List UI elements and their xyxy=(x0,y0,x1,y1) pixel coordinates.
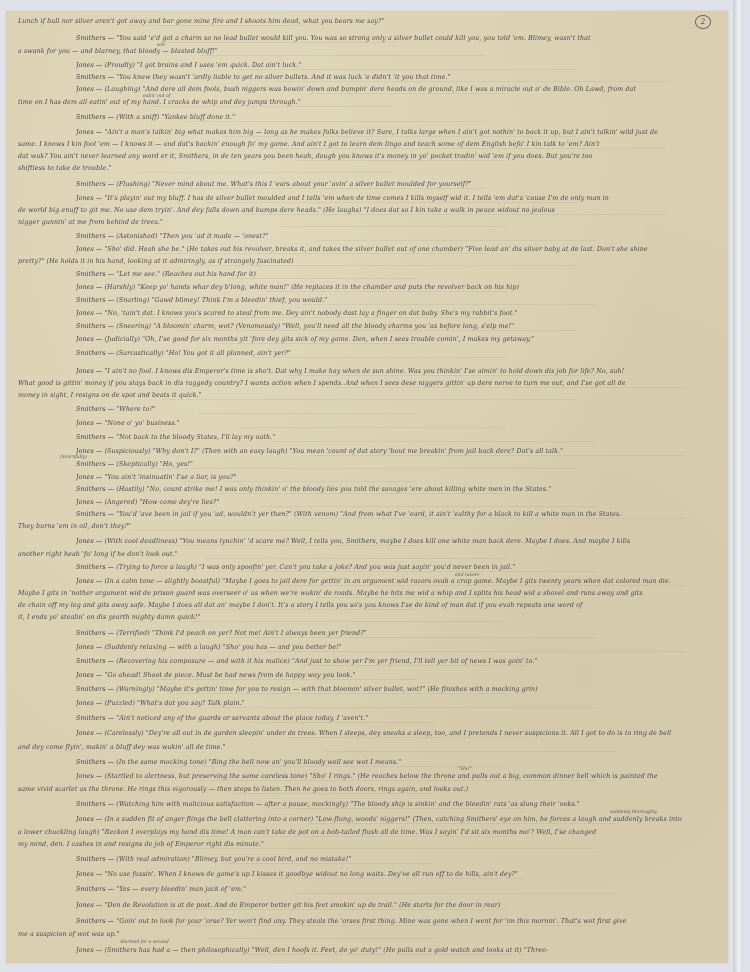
speaker-name: Jones — xyxy=(76,902,104,909)
show-through-mark xyxy=(222,136,576,137)
speaker-name: Jones — xyxy=(76,730,104,737)
speaker-name: Jones — xyxy=(76,62,104,69)
show-through-mark xyxy=(198,780,596,781)
line-text: (In a sudden fit of anger flings the bel… xyxy=(104,816,681,823)
speaker-name: Smithers — xyxy=(76,564,116,571)
speaker-name: Jones — xyxy=(76,538,104,545)
line-text: "Go ahead! Shoot de piece. Must be bad n… xyxy=(104,672,355,679)
line-text: "Where to?" xyxy=(116,406,156,413)
line-text: What good is gittin' money if you stays … xyxy=(18,380,626,387)
show-through-mark xyxy=(302,665,526,666)
show-through-mark xyxy=(317,597,526,598)
line-text: Maybe I gits in 'nother argument wid de … xyxy=(18,590,643,597)
show-through-mark xyxy=(126,25,306,26)
interlinear-insertion: sob xyxy=(157,43,165,48)
line-text: "No, 'tain't dat. I knows you's scared t… xyxy=(104,310,517,317)
line-text: (Terrified) "Think I'd peach on yer? Not… xyxy=(116,630,367,637)
speaker-name: Jones — xyxy=(76,816,104,823)
show-through-mark xyxy=(244,214,666,215)
show-through-mark xyxy=(250,722,436,723)
speaker-name: Smithers — xyxy=(76,686,116,693)
show-through-mark xyxy=(221,493,506,494)
show-through-mark xyxy=(237,69,576,70)
speaker-name: Jones — xyxy=(76,420,104,427)
line-text: (Suddenly relaxing — with a laugh) "Sho'… xyxy=(104,644,341,651)
show-through-mark xyxy=(236,427,506,428)
show-through-mark xyxy=(185,121,486,122)
show-through-mark xyxy=(132,530,326,531)
line-text: a lower chuckling laugh) "Reckon I overp… xyxy=(18,829,596,836)
speaker-name: Jones — xyxy=(76,578,104,585)
show-through-mark xyxy=(295,518,686,519)
speaker-name: Jones — xyxy=(76,284,104,291)
show-through-mark xyxy=(140,317,486,318)
show-through-mark xyxy=(205,938,436,939)
line-text: (Hastily) "No, count strike me! I was on… xyxy=(116,486,551,493)
show-through-mark xyxy=(325,387,686,388)
interlinear-insertion: (Scornfully) xyxy=(60,455,87,460)
show-through-mark xyxy=(243,571,596,572)
show-through-mark xyxy=(170,188,486,189)
line-text: "None o' yo' business." xyxy=(104,420,179,427)
speaker-name: Smithers — xyxy=(76,406,116,413)
line-text: "Sho' did. Heah she be." (He takes out h… xyxy=(104,246,647,253)
speaker-name: Jones — xyxy=(76,672,104,679)
line-text: a swank for you — and blarney, that bloo… xyxy=(18,48,218,55)
speaker-name: Smithers — xyxy=(76,297,116,304)
line-text: me a suspicion of wot was up." xyxy=(18,931,120,938)
speaker-name: Smithers — xyxy=(76,658,116,665)
show-through-mark xyxy=(272,808,526,809)
line-text: time on I has dem all eatin' out of my h… xyxy=(18,99,301,106)
line-text: (Angered) "How come dey're lies?" xyxy=(104,499,219,506)
speaker-name: Jones — xyxy=(76,129,104,136)
line-text: it, I ends yo' stealin' on dis yearth mi… xyxy=(18,614,201,621)
interlinear-insertion: suddenly thoroughly xyxy=(610,810,657,815)
show-through-mark xyxy=(155,253,486,254)
line-text: (Recovering his composure — and with it … xyxy=(116,658,537,665)
speaker-name: Smithers — xyxy=(76,461,116,468)
speaker-name: Smithers — xyxy=(76,486,116,493)
show-through-mark xyxy=(242,954,526,955)
line-text: shiftless to take de trouble." xyxy=(18,165,111,172)
speaker-name: Jones — xyxy=(76,368,104,375)
speaker-name: Jones — xyxy=(76,644,104,651)
speaker-name: Jones — xyxy=(76,86,104,93)
speaker-name: Smithers — xyxy=(76,886,116,893)
speaker-name: Smithers — xyxy=(76,801,116,808)
show-through-mark xyxy=(176,693,506,694)
line-text: (Proudly) "I got brains and I uses 'em q… xyxy=(104,62,301,69)
speaker-name: Jones — xyxy=(76,499,104,506)
show-through-mark xyxy=(265,651,686,652)
show-through-mark xyxy=(274,81,666,82)
line-text: (With real admiration) "Blimey, but you'… xyxy=(116,856,351,863)
show-through-mark xyxy=(311,93,506,94)
speaker-name: Smithers — xyxy=(76,271,116,278)
show-through-mark xyxy=(207,202,576,203)
show-through-mark xyxy=(163,42,396,43)
show-through-mark xyxy=(324,751,616,752)
speaker-name: Jones — xyxy=(76,700,104,707)
show-through-mark xyxy=(266,291,506,292)
line-text: de chain off my leg and gits away safe. … xyxy=(18,602,582,609)
speaker-name: Smithers — xyxy=(76,114,116,121)
show-through-mark xyxy=(258,506,596,507)
speaker-name: Smithers — xyxy=(76,323,116,330)
show-through-mark xyxy=(162,399,576,400)
interlinear-insertion: eatin' out of xyxy=(143,94,170,99)
line-text: and dey come flyin', makin' a bluff dey … xyxy=(18,744,226,751)
speaker-name: Jones — xyxy=(76,195,104,202)
show-through-mark xyxy=(303,304,596,305)
show-through-mark xyxy=(229,278,416,279)
speaker-name: Jones — xyxy=(76,474,104,481)
line-text: (Sneering) "A bloomin' charm, wot? (Veno… xyxy=(116,323,514,330)
show-through-mark xyxy=(169,545,416,546)
speaker-name: Jones — xyxy=(76,871,104,878)
show-through-mark xyxy=(206,558,506,559)
show-through-mark xyxy=(146,836,506,837)
scanner-edge-strip xyxy=(733,0,743,972)
line-text: (Snarling) "Gawd blimey! Think I'm a ble… xyxy=(116,297,327,304)
interlinear-insertion: and razors xyxy=(455,573,479,578)
show-through-mark xyxy=(257,878,526,879)
speaker-name: Smithers — xyxy=(76,181,116,188)
line-text: "No use fussin'. When I knows de game's … xyxy=(104,871,518,878)
show-through-mark xyxy=(213,707,596,708)
line-text: "Yes — every bleedin' man jack of 'em." xyxy=(116,886,246,893)
line-text: (Puzzled) "What's dat you say? Talk plai… xyxy=(104,700,244,707)
show-through-mark xyxy=(133,172,396,173)
line-text: (Smithers has had a — then philosophical… xyxy=(104,947,548,954)
speaker-name: Jones — xyxy=(76,310,104,317)
show-through-mark xyxy=(147,468,576,469)
show-through-mark xyxy=(309,823,616,824)
show-through-mark xyxy=(131,909,506,910)
line-text: "Not back to the bloody States, I'll lay… xyxy=(116,434,275,441)
show-through-mark xyxy=(184,481,416,482)
text-line: They burns 'em in oil, don't they?" xyxy=(18,523,724,531)
line-text: "It's playin' out my bluff. I has de sil… xyxy=(104,195,608,202)
line-text: Lunch if bull nor silver aren't got away… xyxy=(18,18,384,25)
line-text: (Laughing) "And dere all dem fools, bush… xyxy=(104,86,636,93)
line-text: (Harshly) "Keep yo' hands whar dey b'lon… xyxy=(104,284,519,291)
speaker-name: Jones — xyxy=(76,947,104,954)
show-through-mark xyxy=(148,106,396,107)
show-through-mark xyxy=(200,55,486,56)
line-text: They burns 'em in oil, don't they?" xyxy=(18,523,131,530)
show-through-mark xyxy=(154,609,416,610)
line-text: "You ain't 'insinuatin' I'se a liar, is … xyxy=(104,474,236,481)
line-text: another right heah 'fo' long if he don't… xyxy=(18,551,178,558)
line-text: "You'd 'ave been in jail if you 'ad, wou… xyxy=(116,511,621,518)
line-text: de world big enuff to git me. No use dem… xyxy=(18,207,555,214)
speaker-name: Jones — xyxy=(76,448,104,455)
show-through-mark xyxy=(273,441,596,442)
speaker-name: Jones — xyxy=(76,336,104,343)
show-through-mark xyxy=(192,265,576,266)
speaker-name: Smithers — xyxy=(76,918,116,925)
line-text: "You said 'e'd got a charm so no lead bu… xyxy=(116,35,590,42)
line-text: "Ain't a man's talkin' big what makes hi… xyxy=(104,129,658,136)
show-through-mark xyxy=(214,343,416,344)
line-text: (With cool deadliness) "You means lynchi… xyxy=(104,538,630,545)
show-through-mark xyxy=(280,585,686,586)
line-text: money in sight, I resigns on de spot and… xyxy=(18,392,202,399)
speaker-name: Smithers — xyxy=(76,856,116,863)
line-text: (Carelessly) "Dey're all out in de garde… xyxy=(104,730,671,737)
line-text: "Let me see." (Reaches out his hand for … xyxy=(116,271,256,278)
speaker-name: Smithers — xyxy=(76,759,116,766)
show-through-mark xyxy=(287,737,526,738)
show-through-mark xyxy=(220,863,436,864)
line-text: (With a sniff) "Yankee bluff done it." xyxy=(116,114,235,121)
show-through-mark xyxy=(296,160,506,161)
show-through-mark xyxy=(191,621,506,622)
speaker-name: Smithers — xyxy=(76,434,116,441)
show-through-mark xyxy=(294,893,616,894)
line-text: (Startled to alertness, but preserving t… xyxy=(104,773,657,780)
speaker-name: Smithers — xyxy=(76,35,116,42)
line-text: same vivid scarlet as the throne. He rin… xyxy=(18,786,468,793)
line-text: (Judicially) "Oh, I'se good for six mont… xyxy=(104,336,534,343)
line-text: (Trying to force a laugh) "I was only sp… xyxy=(116,564,515,571)
line-text: (Sarcastically) "Ho! You got it all plan… xyxy=(116,350,291,357)
line-text: (In the same mocking tone) "Ring the bel… xyxy=(116,759,401,766)
line-text: (In a calm tone — slightly boastful) "Ma… xyxy=(104,578,670,585)
show-through-mark xyxy=(168,925,596,926)
line-text: (Flushing) "Never mind about me. What's … xyxy=(116,181,471,188)
line-text: (Warningly) "Maybe it's gettin' time for… xyxy=(116,686,537,693)
line-text: my mind, den. I cashes in and resigns de… xyxy=(18,841,264,848)
line-text: same. I knows I kin fool 'em — I knows i… xyxy=(18,141,600,148)
show-through-mark xyxy=(139,679,416,680)
line-text: (Astonished) "Then you 'ad it made — 'on… xyxy=(116,233,268,240)
show-through-mark xyxy=(281,226,506,227)
show-through-mark xyxy=(228,637,596,638)
line-text: (Watching him with malicious satisfactio… xyxy=(116,801,580,808)
show-through-mark xyxy=(183,848,596,849)
line-text: pretty?" (He holds it in his hand, looki… xyxy=(18,258,294,265)
text-line: Lunch if bull nor silver aren't got away… xyxy=(18,18,724,26)
show-through-mark xyxy=(235,793,436,794)
line-text: "You knew they wasn't 'ardly liable to g… xyxy=(116,74,450,81)
speaker-name: Jones — xyxy=(76,773,104,780)
line-text: "Den de Revolution is at de post. And de… xyxy=(104,902,500,909)
line-text: (Skeptically) "Ho, yes!" xyxy=(116,461,193,468)
speaker-name: Smithers — xyxy=(76,233,116,240)
show-through-mark xyxy=(177,330,576,331)
interlinear-insertion: Alarmed for a second xyxy=(120,940,169,945)
speaker-name: Smithers — xyxy=(76,715,116,722)
line-text: dat wuk? You ain't never learned any wor… xyxy=(18,153,593,160)
speaker-name: Smithers — xyxy=(76,630,116,637)
manuscript-page: 2 Lunch if bull nor silver aren't got aw… xyxy=(6,11,728,963)
line-text: "I ain't no fool. I knows dis Emperor's … xyxy=(104,368,624,375)
line-text: (Suspiciously) "Why don't I?" (Then with… xyxy=(104,448,563,455)
show-through-mark xyxy=(318,240,596,241)
interlinear-insertion: "Sho'" xyxy=(458,767,472,772)
line-text: "Goin' out to look for your 'orse? Yer w… xyxy=(116,918,626,925)
speaker-name: Smithers — xyxy=(76,511,116,518)
speaker-name: Smithers — xyxy=(76,350,116,357)
speaker-name: Jones — xyxy=(76,246,104,253)
show-through-mark xyxy=(288,375,596,376)
show-through-mark xyxy=(310,455,686,456)
speaker-name: Smithers — xyxy=(76,74,116,81)
show-through-mark xyxy=(251,357,506,358)
line-text: "Ain't noticed any of the guards or serv… xyxy=(116,715,368,722)
line-text: nigger gunnin' at me from behind de tree… xyxy=(18,219,163,226)
show-through-mark xyxy=(199,413,416,414)
show-through-mark xyxy=(259,148,666,149)
show-through-mark xyxy=(161,766,506,767)
